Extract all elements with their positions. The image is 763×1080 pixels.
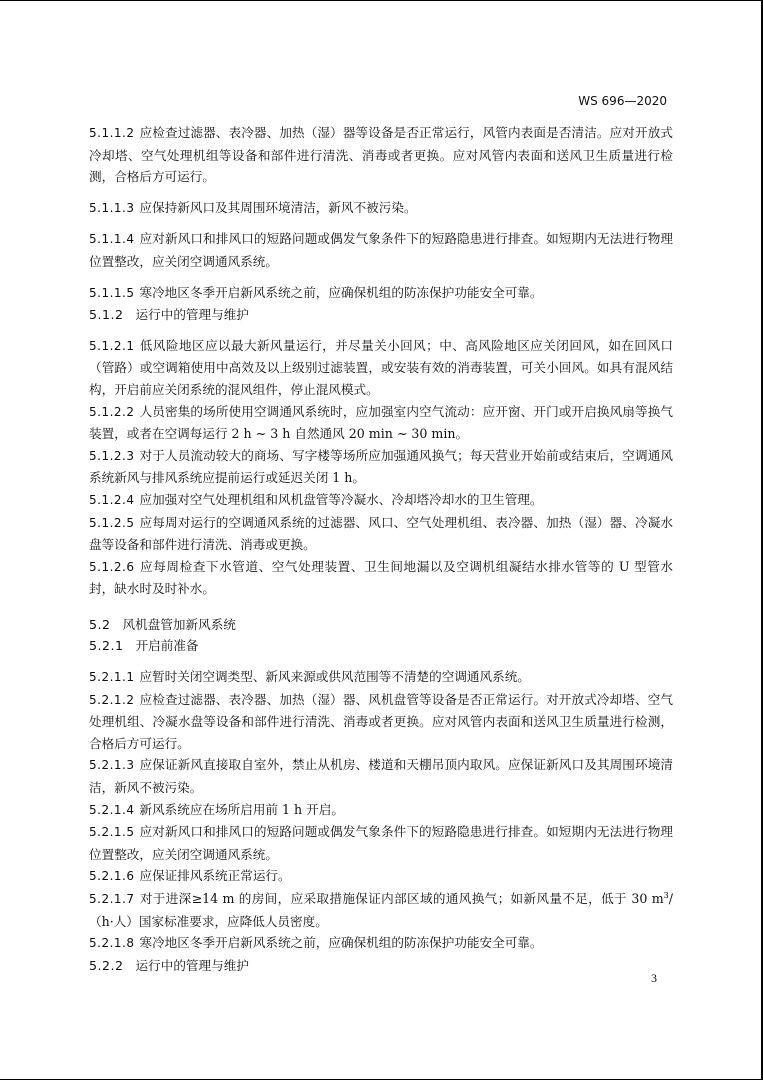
clause-5-1-1-2: 5.1.1.2应检查过滤器、表冷器、加热（湿）器等设备是否正常运行，风管内表面是… <box>89 122 673 188</box>
section-heading-5-2-1: 5.2.1开启前准备 <box>89 635 673 657</box>
section-heading-5-2: 5.2风机盘管加新风系统 <box>89 614 673 636</box>
clause-5-2-1-1: 5.2.1.1应暂时关闭空调类型、新风来源或供风范围等不清楚的空调通风系统。 <box>89 666 673 689</box>
clause-5-2-1-8: 5.2.1.8寒冷地区冬季开启新风系统之前，应确保机组的防冻保护功能安全可靠。 <box>89 932 673 955</box>
clause-5-1-2-3: 5.1.2.3对于人员流动较大的商场、写字楼等场所应加强通风换气；每天营业开始前… <box>89 445 673 489</box>
clause-5-2-1-3: 5.2.1.3应保证新风直接取自室外，禁止从机房、楼道和天棚吊顶内取风。应保证新… <box>89 754 673 798</box>
clause-5-1-1-4: 5.1.1.4应对新风口和排风口的短路问题或偶发气象条件下的短路隐患进行排查。如… <box>89 228 673 272</box>
document-page: WS 696—2020 5.1.1.2应检查过滤器、表冷器、加热（湿）器等设备是… <box>0 0 763 1080</box>
section-heading-5-2-2: 5.2.2运行中的管理与维护 <box>89 955 673 977</box>
clause-5-2-1-6: 5.2.1.6应保证排风系统正常运行。 <box>89 865 673 888</box>
clause-5-1-2-2: 5.1.2.2人员密集的场所使用空调通风系统时，应加强室内空气流动：应开窗、开门… <box>89 401 673 445</box>
clause-5-1-2-5: 5.1.2.5应每周对运行的空调通风系统的过滤器、风口、空气处理机组、表冷器、加… <box>89 512 673 556</box>
standard-code: WS 696—2020 <box>578 94 667 108</box>
clause-5-2-1-2: 5.2.1.2应检查过滤器、表冷器、加热（湿）器、风机盘管等设备是否正常运行。对… <box>89 689 673 755</box>
clause-5-2-1-4: 5.2.1.4新风系统应在场所启用前 1 h 开启。 <box>89 799 673 822</box>
clause-5-1-2-1: 5.1.2.1低风险地区应以最大新风量运行，并尽量关小回风；中、高风险地区应关闭… <box>89 335 673 401</box>
section-heading-5-1-2: 5.1.2运行中的管理与维护 <box>89 304 673 326</box>
clause-5-1-1-5: 5.1.1.5寒冷地区冬季开启新风系统之前，应确保机组的防冻保护功能安全可靠。 <box>89 282 673 305</box>
clause-5-2-1-7: 5.2.1.7对于进深≥14 m 的房间，应采取措施保证内部区域的通风换气；如新… <box>89 888 673 932</box>
clause-5-2-1-5: 5.2.1.5应对新风口和排风口的短路问题或偶发气象条件下的短路隐患进行排查。如… <box>89 821 673 865</box>
clause-5-1-2-4: 5.1.2.4应加强对空气处理机组和风机盘管等冷凝水、冷却塔冷却水的卫生管理。 <box>89 489 673 512</box>
document-body: 5.1.1.2应检查过滤器、表冷器、加热（湿）器等设备是否正常运行，风管内表面是… <box>89 122 673 976</box>
clause-5-1-1-3: 5.1.1.3应保持新风口及其周围环境清洁，新风不被污染。 <box>89 197 673 220</box>
page-number: 3 <box>651 971 657 986</box>
clause-5-1-2-6: 5.1.2.6应每周检查下水管道、空气处理装置、卫生间地漏以及空调机组凝结水排水… <box>89 556 673 600</box>
